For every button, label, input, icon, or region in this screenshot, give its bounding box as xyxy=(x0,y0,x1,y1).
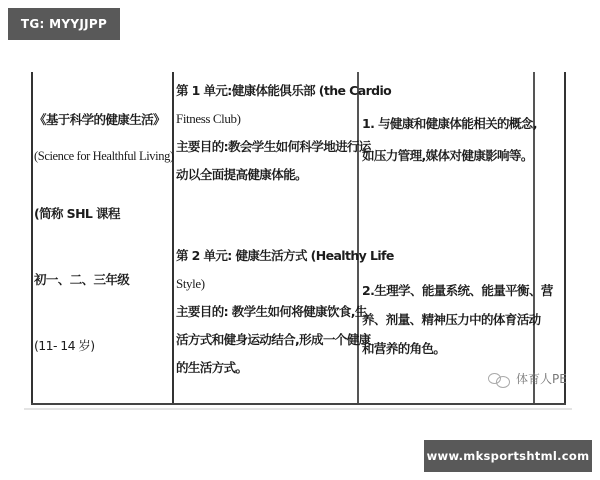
url-badge: www.mksportshtml.com xyxy=(424,440,592,472)
unit1-heading: 第 1 单元:健康体能俱乐部 (the Cardio xyxy=(176,77,391,105)
unit1-heading-cont: Fitness Club) xyxy=(176,105,391,133)
wechat-icon xyxy=(488,372,510,386)
content1-line2: 如压力管理,媒体对健康影响等。 xyxy=(362,140,537,172)
content1-line1: 1. 与健康和健康体能相关的概念, xyxy=(362,108,537,140)
tg-badge: TG: MYYJJPP xyxy=(8,8,120,40)
course-grades: 初一、二、三年级 xyxy=(34,268,174,292)
course-ages: (11- 14 岁) xyxy=(34,334,174,358)
watermark: 体育人PE xyxy=(488,370,567,387)
content2-line1: 2.生理学、能量系统、能量平衡、营 xyxy=(362,276,553,305)
content2-cell: 2.生理学、能量系统、能量平衡、营 养、剂量、精神压力中的体育活动 和营养的角色… xyxy=(362,276,553,363)
unit1-goal-cont: 动以全面提高健康体能。 xyxy=(176,161,391,189)
table-border-right xyxy=(564,72,566,404)
table-border-bottom xyxy=(31,403,566,405)
watermark-text: 体育人PE xyxy=(516,370,567,387)
course-title-cn: 《基于科学的健康生活》 xyxy=(34,108,174,132)
unit1-goal: 主要目的:教会学生如何科学地进行运 xyxy=(176,133,391,161)
table-shadow xyxy=(24,408,572,410)
unit2-heading: 第 2 单元: 健康生活方式 (Healthy Life xyxy=(176,242,394,270)
course-abbr: (简称 SHL 课程 xyxy=(34,202,174,226)
unit1-cell: 第 1 单元:健康体能俱乐部 (the Cardio Fitness Club)… xyxy=(176,77,391,189)
content2-line2: 养、剂量、精神压力中的体育活动 xyxy=(362,305,553,334)
content2-line3: 和营养的角色。 xyxy=(362,334,553,363)
content1-cell: 1. 与健康和健康体能相关的概念, 如压力管理,媒体对健康影响等。 xyxy=(362,108,537,172)
table-border-left xyxy=(31,72,33,404)
course-info-cell: 《基于科学的健康生活》 (Science for Healthful Livin… xyxy=(34,108,174,358)
course-title-en: (Science for Healthful Living) xyxy=(34,144,174,168)
